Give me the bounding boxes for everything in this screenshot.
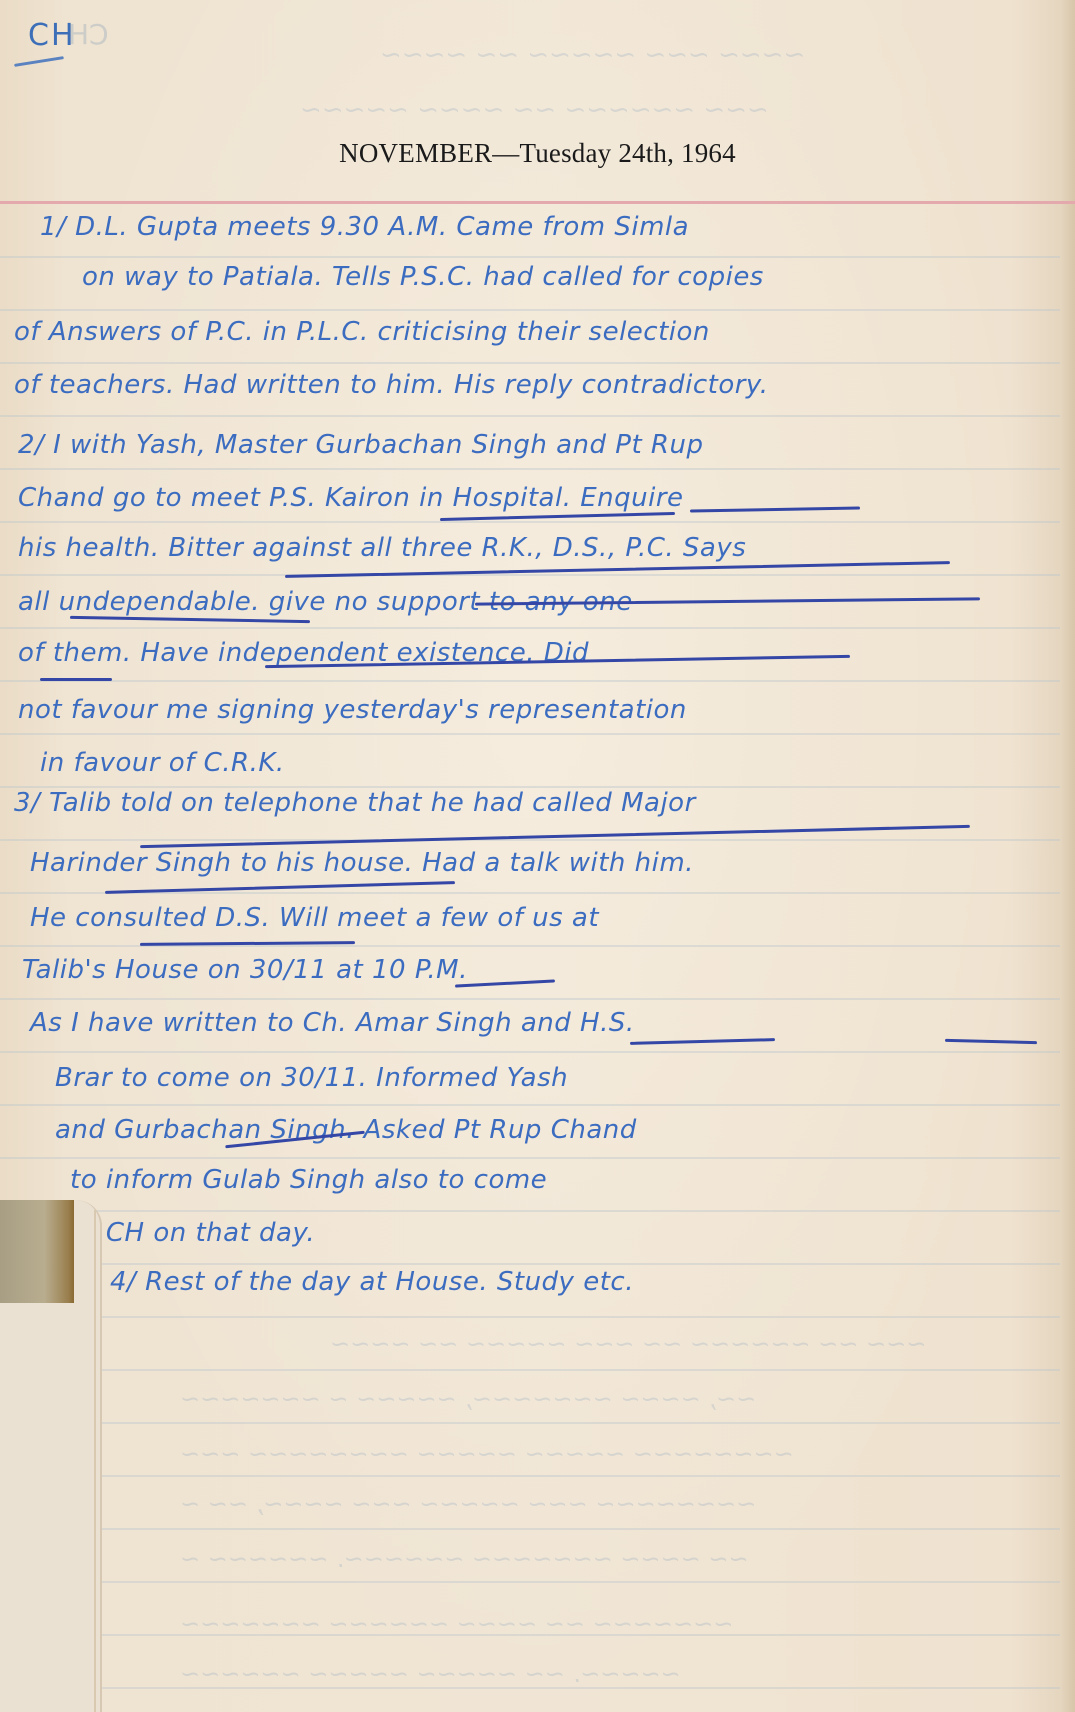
handwritten-line: on way to Patiala. Tells P.S.C. had call… [82, 262, 764, 292]
handwritten-line: his health. Bitter against all three R.K… [18, 533, 746, 563]
corner-mark-bleed: CH [68, 18, 109, 51]
bleed-through-text: ~~ ~~~~ ~~~~~~~ ~~~~~~. ~~~~~~ ~ [180, 1545, 749, 1573]
handwritten-line: and Gurbachan Singh. Asked Pt Rup Chand [55, 1115, 637, 1145]
bleed-through-text: ~~~~~~~ ~~ ~~~~ ~~~~~~ ~~~~~~~ [180, 1610, 733, 1638]
bleed-through-text: ~~, ~~~~ ~~~~~~~, ~~~~~ ~ ~~~~~~~ [180, 1385, 756, 1413]
handwritten-line: Brar to come on 30/11. Informed Yash [55, 1063, 568, 1093]
bleed-through-text: ~~~ ~~~~~~ ~~ ~~~~ ~~~~~ [300, 95, 769, 125]
bookmark-ribbon [0, 1200, 74, 1303]
handwritten-line: Talib's House on 30/11 at 10 P.M. [22, 955, 468, 985]
bleed-through-text: ~~~~~. ~~ ~~~~~ ~~~~~ ~~~~~~ [180, 1660, 681, 1688]
handwritten-line: to inform Gulab Singh also to come [70, 1165, 547, 1195]
handwritten-line: not favour me signing yesterday's repres… [18, 695, 687, 725]
handwritten-line: Harinder Singh to his house. Had a talk … [30, 848, 694, 878]
bleed-through-text: ~~~ ~~ ~~~~~~ ~~ ~~~ ~~~~~ ~~ ~~~~ [330, 1330, 926, 1358]
handwritten-line: of teachers. Had written to him. His rep… [14, 370, 769, 400]
handwritten-line: 3/ Talib told on telephone that he had c… [14, 788, 696, 818]
page-date-header: NOVEMBER—Tuesday 24th, 1964 [0, 138, 1075, 169]
handwritten-line: in favour of C.R.K. [40, 748, 285, 778]
page-binding-edge [94, 1210, 96, 1712]
bleed-through-text: ~~~~~~~~ ~~~ ~~~~~ ~~~ ~~~~, ~~ ~ [180, 1490, 756, 1518]
handwritten-line: 2/ I with Yash, Master Gurbachan Singh a… [18, 430, 703, 460]
underline [40, 678, 112, 681]
handwritten-line: Chand go to meet P.S. Kairon in Hospital… [18, 483, 684, 513]
handwritten-line: 4/ Rest of the day at House. Study etc. [110, 1267, 634, 1297]
diary-page: ~~~~ ~~~ ~~~~~ ~~ ~~~~ ~~~ ~~~~~~ ~~ ~~~… [0, 0, 1075, 1712]
handwritten-line: He consulted D.S. Will meet a few of us … [30, 903, 599, 933]
handwritten-line: 1/ D.L. Gupta meets 9.30 A.M. Came from … [40, 212, 689, 242]
bleed-through-text: ~~~~~~~~ ~~~~~ ~~~~~ ~~~~~~~~ ~~~ [180, 1440, 794, 1468]
red-margin-rule [0, 201, 1075, 204]
bleed-through-text: ~~~~ ~~~ ~~~~~ ~~ ~~~~ [380, 40, 805, 70]
handwritten-line: of Answers of P.C. in P.L.C. criticising… [14, 317, 710, 347]
handwritten-line: As I have written to Ch. Amar Singh and … [30, 1008, 635, 1038]
handwritten-line: to CH on that day. [70, 1218, 315, 1248]
